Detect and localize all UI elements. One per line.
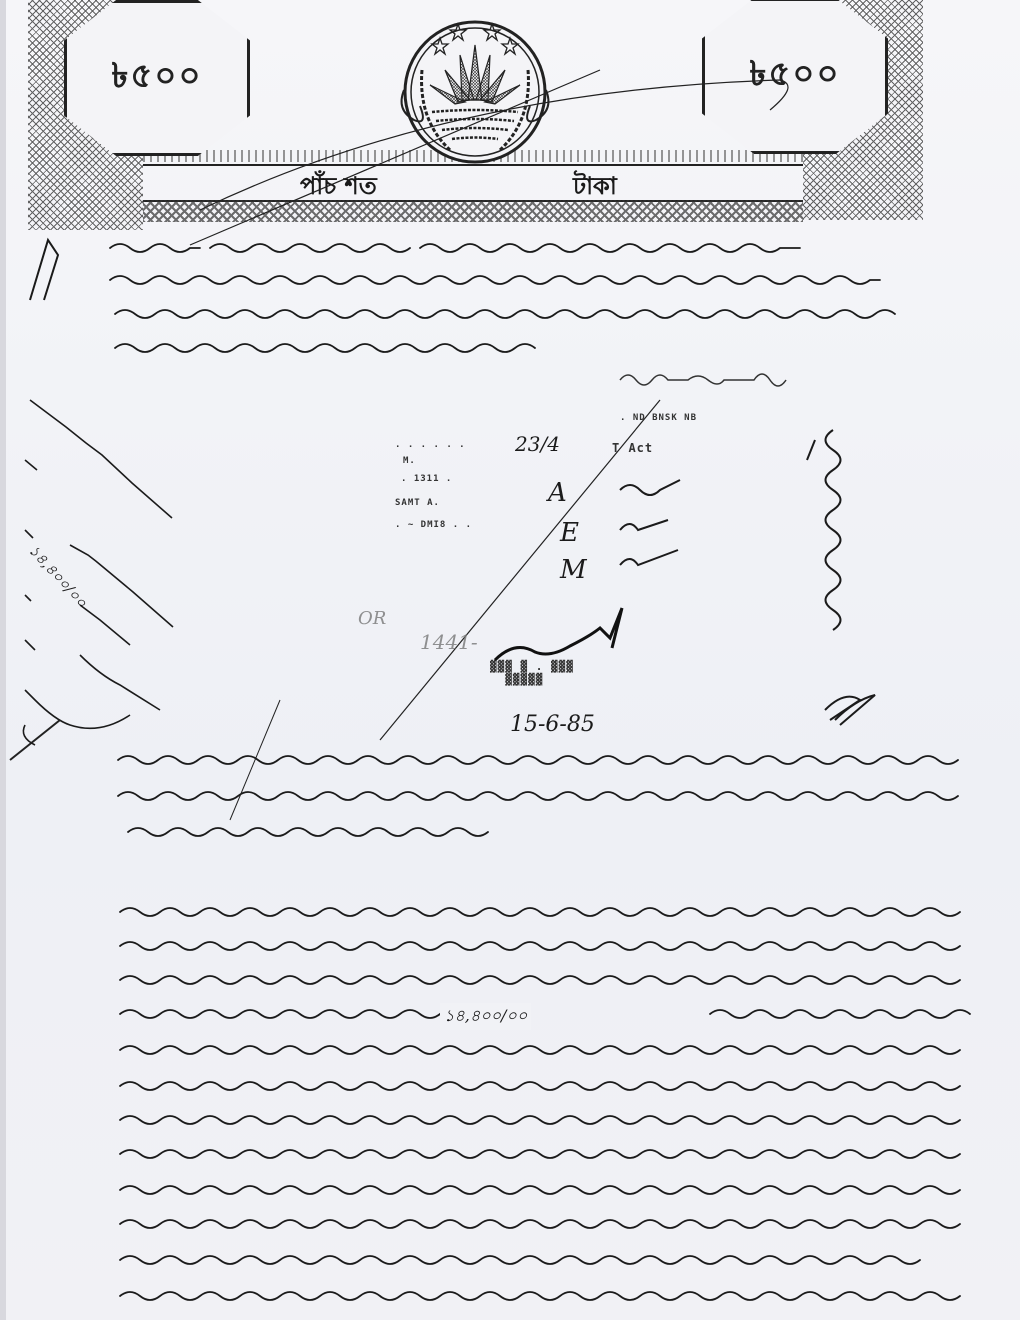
endorsement-line-3: A	[548, 478, 567, 508]
denomination-right: ৳৫০০	[749, 48, 840, 105]
endorsement-initials	[610, 470, 710, 580]
office-note-ref: OR	[358, 608, 386, 629]
right-margin-signature	[805, 410, 865, 730]
check-mark	[830, 690, 890, 730]
endorsement-line-5: M	[560, 555, 587, 585]
handwritten-paragraph-3	[120, 900, 990, 1320]
endorsement-line-1: 23/4	[515, 432, 560, 456]
handwritten-paragraph-2	[118, 748, 988, 858]
stamp-header: পাঁচ শত টাকা ৳৫০০ ৳৫০০	[28, 0, 928, 230]
sub-registrar-signature	[490, 605, 640, 675]
endorsement-seal-header: . ND BNSK NB	[620, 413, 697, 423]
endorsement-line-4: E	[560, 518, 579, 548]
office-note-number: 1441-	[420, 630, 478, 654]
national-emblem-icon	[400, 0, 550, 178]
endorsement-signature-scribble	[620, 365, 830, 395]
denomination-box-left: ৳৫০০	[64, 0, 250, 156]
denomination-box-right: ৳৫০০	[702, 0, 888, 154]
lace-border-bottom	[143, 200, 803, 222]
seal-date: 15-6-85	[510, 712, 595, 737]
handwritten-paragraph-1	[110, 238, 960, 378]
left-margin-notes	[20, 395, 200, 765]
document-page: পাঁচ শত টাকা ৳৫০০ ৳৫০০	[0, 0, 1020, 1320]
scan-edge	[0, 0, 6, 1320]
registration-seal-left: . . . . . . M. . 1311 . SAMT A. . ~ DMI8…	[395, 440, 472, 530]
endorsement-line-2: T Act	[612, 441, 653, 455]
body-amount: ১৪,৪০০/০০	[440, 1003, 531, 1030]
denomination-left: ৳৫০০	[111, 50, 202, 107]
